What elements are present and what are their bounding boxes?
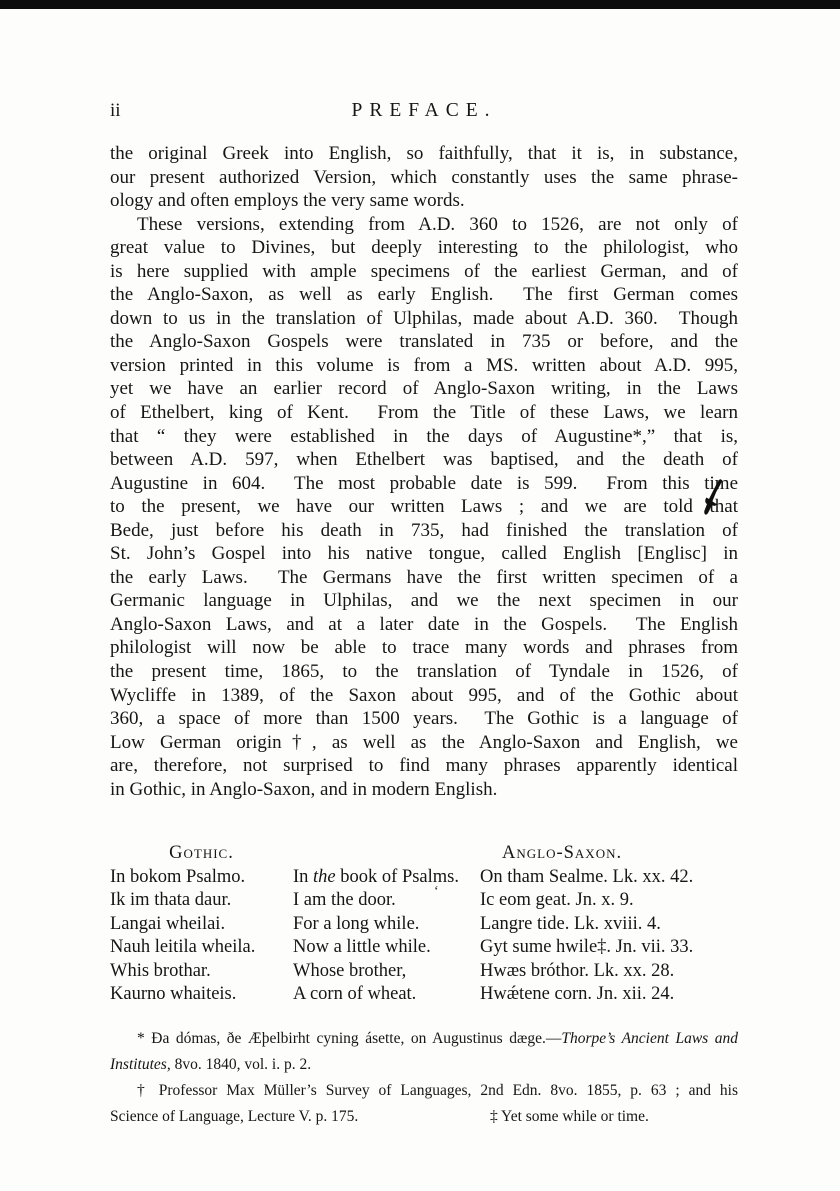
table-row: Whis brothar. Whose brother, Hwæs brótho… — [110, 960, 738, 983]
footnote-1-text: * Ða dómas, ðe Æþelbirht cyning ásette, … — [137, 1030, 561, 1047]
text-line: These versions, extending from A.D. 360 … — [110, 213, 738, 237]
text-line: Augustine in 604. The most probable date… — [110, 472, 738, 496]
table-row: In bokom Psalmo. In the book of Psalms. … — [110, 866, 738, 889]
english-text: In — [293, 867, 313, 887]
gothic-cell: Kaurno whaiteis. — [110, 983, 293, 1006]
text-line: of Ethelbert, king of Kent. From the Tit… — [110, 401, 738, 425]
footnote-2-text: Science of Language, Lecture V. p. 175. — [110, 1108, 358, 1125]
footnote-2-line2: Science of Language, Lecture V. p. 175. … — [110, 1104, 738, 1130]
anglosaxon-cell: Gyt sume hwile‡. Jn. vii. 33. — [480, 936, 738, 959]
text-line: to the present, we have our written Laws… — [110, 495, 738, 519]
text-line: Anglo-Saxon Laws, and at a later date in… — [110, 613, 738, 637]
text-line: are, therefore, not surprised to find ma… — [110, 754, 738, 778]
table-row: Kaurno whaiteis. A corn of wheat. Hwǽten… — [110, 983, 738, 1006]
english-cell: Whose brother, — [293, 960, 480, 983]
table-header-gothic: Gothic. — [110, 841, 293, 865]
text-line: down to us in the translation of Ulphila… — [110, 307, 738, 331]
gothic-cell: In bokom Psalmo. — [110, 866, 293, 889]
scan-edge-bar — [0, 0, 840, 9]
text-line: Wycliffe in 1389, of the Saxon about 995… — [110, 684, 738, 708]
text-line: St. John’s Gospel into his native tongue… — [110, 542, 738, 566]
english-italic-text: the — [313, 867, 336, 887]
text-line: is here supplied with ample specimens of… — [110, 260, 738, 284]
anglosaxon-cell: Hwǽtene corn. Jn. xii. 24. — [480, 983, 738, 1006]
text-line: the Anglo-Saxon Gospels were translated … — [110, 330, 738, 354]
text-line: the present time, 1865, to the translati… — [110, 660, 738, 684]
anglosaxon-cell: Hwæs bróthor. Lk. xx. 28. — [480, 960, 738, 983]
english-cell: For a long while. — [293, 913, 480, 936]
footnote-1: * Ða dómas, ðe Æþelbirht cyning ásette, … — [110, 1026, 738, 1078]
text-line: great value to Divines, but deeply inter… — [110, 236, 738, 260]
ink-blot-mark — [699, 478, 725, 518]
page-title: PREFACE. — [110, 100, 738, 122]
text-line: ology and often employs the very same wo… — [110, 189, 738, 213]
text-line: version printed in this volume is from a… — [110, 354, 738, 378]
stray-tick-mark: ‘ — [434, 884, 439, 900]
scanned-book-page: { "page": { "folio": "ii", "title": "PRE… — [0, 0, 840, 1191]
english-text: book of Psalms. — [336, 867, 459, 887]
table-row: Ik im thata daur. I am the door. Ic eom … — [110, 889, 738, 912]
table-row: Nauh leitila wheila. Now a little while.… — [110, 936, 738, 959]
comparison-table: Gothic. Anglo-Saxon. In bokom Psalmo. In… — [110, 841, 738, 1006]
text-line: Germanic language in Ulphilas, and we th… — [110, 589, 738, 613]
footnotes: * Ða dómas, ðe Æþelbirht cyning ásette, … — [110, 1026, 738, 1130]
text-line: 360, a space of more than 1500 years. Th… — [110, 707, 738, 731]
footnote-3: ‡ Yet some while or time. — [490, 1104, 649, 1130]
text-line: in Gothic, in Anglo-Saxon, and in modern… — [110, 778, 738, 802]
english-cell: In the book of Psalms. — [293, 866, 480, 889]
text-line: the early Laws. The Germans have the fir… — [110, 566, 738, 590]
table-header-row: Gothic. Anglo-Saxon. — [110, 841, 738, 865]
running-head: ii PREFACE. — [110, 100, 738, 124]
text-line: Low German origin†, as well as the Anglo… — [110, 731, 738, 755]
anglosaxon-cell: On tham Sealme. Lk. xx. 42. — [480, 866, 738, 889]
english-cell: A corn of wheat. — [293, 983, 480, 1006]
body-text: the original Greek into English, so fait… — [110, 142, 738, 801]
gothic-cell: Langai wheilai. — [110, 913, 293, 936]
text-line: that “ they were established in the days… — [110, 425, 738, 449]
gothic-cell: Nauh leitila wheila. — [110, 936, 293, 959]
gothic-cell: Whis brothar. — [110, 960, 293, 983]
anglosaxon-cell: Langre tide. Lk. xviii. 4. — [480, 913, 738, 936]
footnote-2-line1: † Professor Max Müller’s Survey of Langu… — [110, 1078, 738, 1104]
text-line: philologist will now be able to trace ma… — [110, 636, 738, 660]
table-header-anglosaxon: Anglo-Saxon. — [480, 841, 738, 865]
text-line: our present authorized Version, which co… — [110, 166, 738, 190]
english-cell: I am the door. — [293, 889, 480, 912]
table-row: Langai wheilai. For a long while. Langre… — [110, 913, 738, 936]
table-header-spacer — [293, 841, 480, 865]
footnote-1-text: 8vo. 1840, vol. i. p. 2. — [171, 1056, 311, 1073]
text-line: the original Greek into English, so fait… — [110, 142, 738, 166]
text-line: yet we have an earlier record of Anglo-S… — [110, 377, 738, 401]
anglosaxon-cell: Ic eom geat. Jn. x. 9. — [480, 889, 738, 912]
text-line: the Anglo-Saxon, as well as early Englis… — [110, 283, 738, 307]
gothic-cell: Ik im thata daur. — [110, 889, 293, 912]
text-line: between A.D. 597, when Ethelbert was bap… — [110, 448, 738, 472]
text-line: Bede, just before his death in 735, had … — [110, 519, 738, 543]
english-cell: Now a little while. — [293, 936, 480, 959]
